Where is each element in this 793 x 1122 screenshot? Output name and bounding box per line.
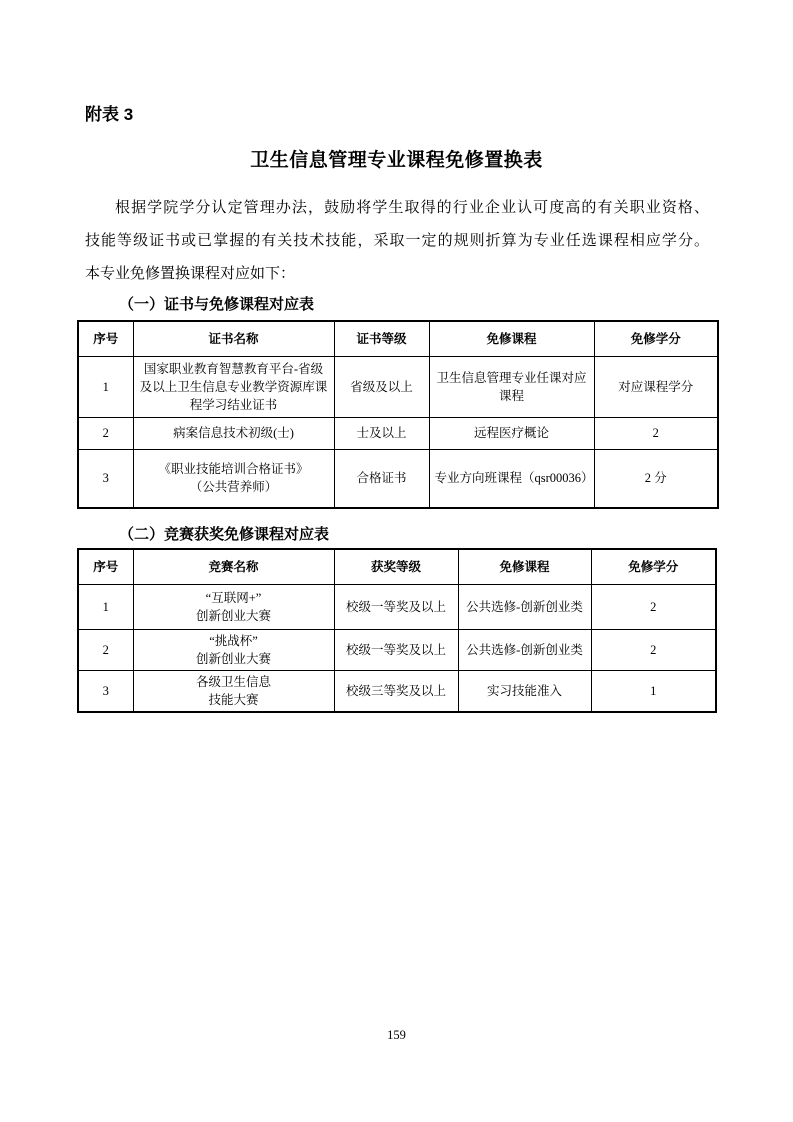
document-page: 附表 3 卫生信息管理专业课程免修置换表 根据学院学分认定管理办法，鼓励将学生取… [0,0,793,1122]
cell-seq: 1 [78,584,133,629]
cell-exempt-credit: 2 分 [594,449,718,508]
cell-competition-name: “互联网+” 创新创业大赛 [133,584,334,629]
cell-exempt-credit: 2 [591,584,716,629]
cell-seq: 3 [78,449,133,508]
column-header-seq: 序号 [78,549,133,584]
appendix-label: 附表 3 [85,100,133,125]
cell-exempt-credit: 2 [594,417,718,449]
page-number: 159 [0,1028,793,1043]
column-header-seq: 序号 [78,321,133,356]
cert-table-header-row: 序号 证书名称 证书等级 免修课程 免修学分 [78,321,718,356]
column-header-award-level: 获奖等级 [334,549,458,584]
competition-table-header-row: 序号 竞赛名称 获奖等级 免修课程 免修学分 [78,549,716,584]
intro-line-3: 本专业免修置换课程对应如下： [85,258,709,291]
column-header-exempt-course: 免修课程 [458,549,591,584]
table-row: 2 病案信息技术初级(士) 士及以上 远程医疗概论 2 [78,417,718,449]
cell-cert-level: 士及以上 [334,417,429,449]
column-header-exempt-credit: 免修学分 [594,321,718,356]
cell-exempt-credit: 对应课程学分 [594,356,718,417]
column-header-exempt-credit: 免修学分 [591,549,716,584]
section-heading-cert-table: （一）证书与免修课程对应表 [119,293,314,314]
table-row: 1 国家职业教育智慧教育平台-省级 及以上卫生信息专业教学资源库课 程学习结业证… [78,356,718,417]
cell-award-level: 校级一等奖及以上 [334,629,458,670]
intro-paragraph: 根据学院学分认定管理办法，鼓励将学生取得的行业企业认可度高的有关职业资格、 技能… [85,192,709,291]
table-row: 1 “互联网+” 创新创业大赛 校级一等奖及以上 公共选修-创新创业类 2 [78,584,716,629]
section-heading-competition-table: （二）竞赛获奖免修课程对应表 [119,523,329,544]
cell-award-level: 校级三等奖及以上 [334,670,458,712]
table-row: 3 各级卫生信息 技能大赛 校级三等奖及以上 实习技能准入 1 [78,670,716,712]
cell-exempt-credit: 1 [591,670,716,712]
table-row: 2 “挑战杯” 创新创业大赛 校级一等奖及以上 公共选修-创新创业类 2 [78,629,716,670]
cell-exempt-course: 卫生信息管理专业任课对应 课程 [429,356,594,417]
intro-line-2: 技能等级证书或已掌握的有关技术技能，采取一定的规则折算为专业任选课程相应学分。 [85,225,709,258]
table-row: 3 《职业技能培训合格证书》 （公共营养师） 合格证书 专业方向班课程（qsr0… [78,449,718,508]
cert-table: 序号 证书名称 证书等级 免修课程 免修学分 1 国家职业教育智慧教育平台-省级… [77,320,719,509]
column-header-exempt-course: 免修课程 [429,321,594,356]
document-title: 卫生信息管理专业课程免修置换表 [0,145,793,172]
cell-seq: 1 [78,356,133,417]
cell-competition-name: “挑战杯” 创新创业大赛 [133,629,334,670]
cell-cert-level: 合格证书 [334,449,429,508]
column-header-cert-name: 证书名称 [133,321,334,356]
cell-cert-name: 《职业技能培训合格证书》 （公共营养师） [133,449,334,508]
cell-seq: 2 [78,417,133,449]
column-header-cert-level: 证书等级 [334,321,429,356]
cell-seq: 2 [78,629,133,670]
cell-award-level: 校级一等奖及以上 [334,584,458,629]
cell-cert-name: 病案信息技术初级(士) [133,417,334,449]
competition-table: 序号 竞赛名称 获奖等级 免修课程 免修学分 1 “互联网+” 创新创业大赛 校… [77,548,717,713]
cell-exempt-credit: 2 [591,629,716,670]
cell-seq: 3 [78,670,133,712]
cell-exempt-course: 实习技能准入 [458,670,591,712]
cell-exempt-course: 专业方向班课程（qsr00036） [429,449,594,508]
column-header-competition-name: 竞赛名称 [133,549,334,584]
cell-cert-level: 省级及以上 [334,356,429,417]
cell-exempt-course: 公共选修-创新创业类 [458,584,591,629]
cell-cert-name: 国家职业教育智慧教育平台-省级 及以上卫生信息专业教学资源库课 程学习结业证书 [133,356,334,417]
intro-line-1: 根据学院学分认定管理办法，鼓励将学生取得的行业企业认可度高的有关职业资格、 [85,192,709,225]
cell-exempt-course: 公共选修-创新创业类 [458,629,591,670]
cell-exempt-course: 远程医疗概论 [429,417,594,449]
cell-competition-name: 各级卫生信息 技能大赛 [133,670,334,712]
